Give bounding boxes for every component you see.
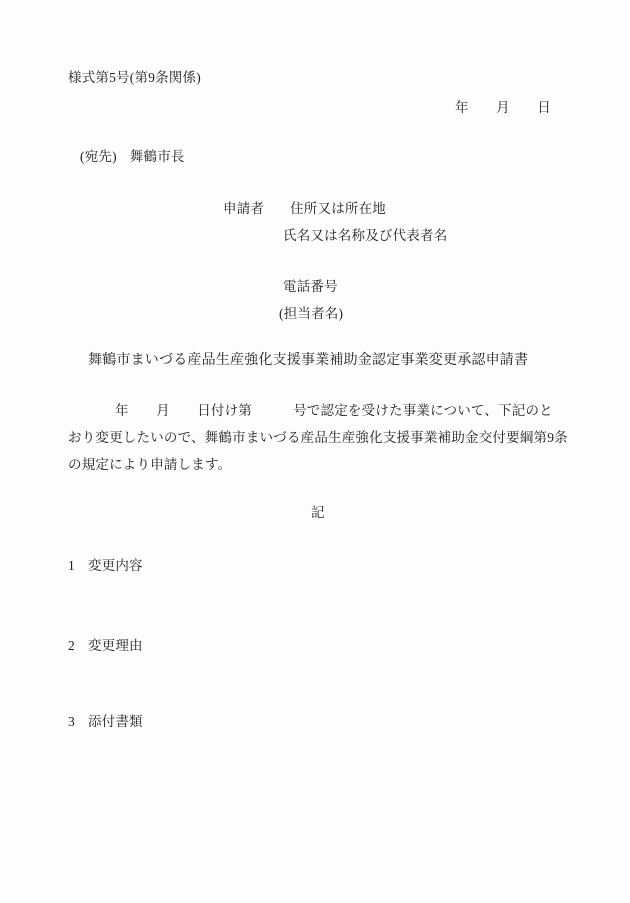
document-title: 舞鶴市まいづる産品生産強化支援事業補助金認定事業変更承認申請書 [88, 352, 528, 370]
form-number: 様式第5号(第9条関係) [68, 69, 201, 87]
applicant-field-contact: (担当者名) [279, 305, 343, 323]
body-paragraph-line-1: 年 月 日付け第 号で認定を受けた事業について、下記のと [115, 402, 553, 420]
item-number: 2 [68, 637, 75, 655]
item-number: 1 [68, 557, 75, 575]
item-number: 3 [68, 713, 75, 731]
addressee-name: 舞鶴市長 [130, 148, 185, 166]
applicant-field-name: 氏名又は名称及び代表者名 [283, 227, 447, 245]
list-item-attached-documents: 3 添付書類 [68, 713, 143, 731]
spacer [264, 200, 277, 218]
applicant-label: 申請者 [223, 200, 264, 218]
spacer [277, 200, 290, 218]
ki-marker: 記 [311, 504, 325, 522]
list-item-change-reason: 2 変更理由 [68, 637, 143, 655]
date-blank-line: 年 月 日 [455, 99, 551, 117]
item-label: 添付書類 [88, 713, 143, 731]
applicant-field-address: 住所又は所在地 [290, 200, 386, 218]
addressee-prefix: (宛先) [80, 148, 117, 166]
body-paragraph-line-3: の規定により申請します。 [68, 456, 231, 474]
spacer [117, 148, 130, 166]
document-page: 様式第5号(第9条関係) 年 月 日 (宛先) 舞鶴市長 申請者 住所又は所在地… [0, 0, 630, 903]
body-paragraph-line-2: おり変更したいので、舞鶴市まいづる産品生産強化支援事業補助金交付要綱第9条 [68, 429, 568, 447]
list-item-change-content: 1 変更内容 [68, 557, 143, 575]
item-label: 変更理由 [88, 637, 143, 655]
addressee-line: (宛先) 舞鶴市長 [80, 148, 185, 166]
applicant-line: 申請者 住所又は所在地 [223, 200, 386, 218]
item-label: 変更内容 [88, 557, 143, 575]
applicant-field-phone: 電話番号 [283, 278, 338, 296]
